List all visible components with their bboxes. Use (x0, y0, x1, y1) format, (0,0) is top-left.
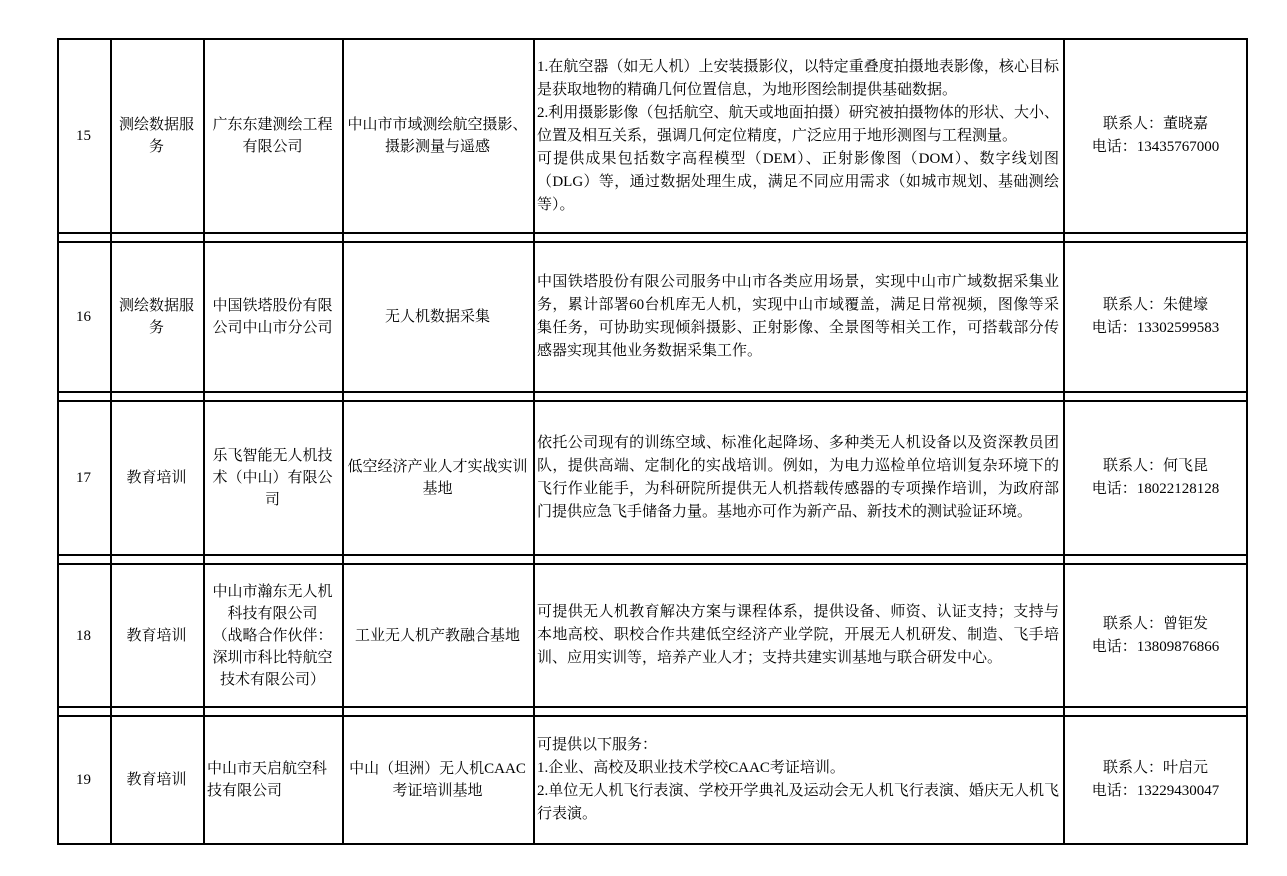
row-number: 18 (76, 625, 91, 647)
contact-person-line: 联系人：叶启元 (1103, 757, 1208, 780)
category-text: 教育培训 (126, 625, 186, 647)
company-name: 中山市天启航空科技有限公司 (207, 758, 335, 802)
contact-person-value: 朱健壕 (1163, 297, 1208, 313)
contact-phone-line: 电话：13229430047 (1092, 780, 1220, 803)
contact-person-value: 何飞昆 (1163, 458, 1208, 474)
description-paragraph: 可提供无人机教育解决方案与课程体系，提供设备、师资、认证支持；支持与本地高校、职… (537, 601, 1059, 670)
contact-phone-value: 18022128128 (1137, 481, 1220, 497)
table-border-right (1246, 38, 1248, 845)
services-table: 15 测绘数据服务 广东东建测绘工程有限公司 中山市市域测绘航空摄影、摄影测量与… (57, 38, 1248, 845)
column-divider (533, 38, 535, 845)
contact-phone-label: 电话： (1092, 481, 1137, 497)
cell-contact: 联系人：叶启元 电话：13229430047 (1063, 717, 1248, 843)
cell-category: 教育培训 (110, 717, 203, 843)
description-paragraph: 可提供以下服务： (537, 734, 1059, 757)
column-divider (203, 38, 205, 845)
table-row: 19 教育培训 中山市天启航空科技有限公司 中山（坦洲）无人机CAAC考证培训基… (57, 715, 1248, 845)
cell-contact: 联系人：何飞昆 电话：18022128128 (1063, 402, 1248, 554)
table-row: 18 教育培训 中山市瀚东无人机科技有限公司 （战略合作伙伴：深圳市科比特航空技… (57, 563, 1248, 708)
description-paragraph: 2.单位无人机飞行表演、学校开学典礼及运动会无人机飞行表演、婚庆无人机飞行表演。 (537, 780, 1059, 826)
category-text: 教育培训 (126, 467, 186, 489)
cell-description: 可提供以下服务： 1.企业、高校及职业技术学校CAAC考证培训。 2.单位无人机… (533, 717, 1063, 843)
description-paragraph: 2.利用摄影影像（包括航空、航天或地面拍摄）研究被拍摄物体的形状、大小、位置及相… (537, 102, 1059, 148)
cell-row-number: 15 (57, 40, 110, 232)
column-divider (110, 38, 112, 845)
column-divider (342, 38, 344, 845)
service-name: 无人机数据采集 (385, 306, 490, 328)
cell-category: 测绘数据服务 (110, 40, 203, 232)
cell-category: 教育培训 (110, 402, 203, 554)
contact-person-line: 联系人：何飞昆 (1103, 455, 1208, 478)
contact-person-label: 联系人： (1103, 297, 1163, 313)
company-name: 中国铁塔股份有限公司中山市分公司 (210, 295, 335, 339)
company-name: 广东东建测绘工程有限公司 (210, 114, 335, 158)
contact-person-value: 曾钜发 (1163, 616, 1208, 632)
contact-person-line: 联系人：董晓嘉 (1103, 113, 1208, 136)
contact-phone-value: 13435767000 (1137, 139, 1220, 155)
cell-contact: 联系人：董晓嘉 电话：13435767000 (1063, 40, 1248, 232)
contact-phone-line: 电话：18022128128 (1092, 478, 1220, 501)
cell-company: 中山市天启航空科技有限公司 (203, 717, 342, 843)
cell-service: 中山（坦洲）无人机CAAC考证培训基地 (342, 717, 533, 843)
cell-category: 测绘数据服务 (110, 243, 203, 391)
table-row: 16 测绘数据服务 中国铁塔股份有限公司中山市分公司 无人机数据采集 中国铁塔股… (57, 241, 1248, 393)
row-number: 17 (76, 467, 91, 489)
cell-service: 无人机数据采集 (342, 243, 533, 391)
company-name: 中山市瀚东无人机科技有限公司 （战略合作伙伴：深圳市科比特航空技术有限公司） (210, 581, 335, 691)
description-paragraph: 1.在航空器（如无人机）上安装摄影仪，以特定重叠度拍摄地表影像，核心目标是获取地… (537, 56, 1059, 102)
cell-company: 中山市瀚东无人机科技有限公司 （战略合作伙伴：深圳市科比特航空技术有限公司） (203, 565, 342, 706)
contact-person-value: 董晓嘉 (1163, 116, 1208, 132)
contact-phone-line: 电话：13809876866 (1092, 636, 1220, 659)
cell-row-number: 17 (57, 402, 110, 554)
service-name: 低空经济产业人才实战实训基地 (346, 456, 529, 500)
contact-phone-label: 电话： (1092, 783, 1137, 799)
cell-contact: 联系人：朱健壕 电话：13302599583 (1063, 243, 1248, 391)
description-paragraph: 1.企业、高校及职业技术学校CAAC考证培训。 (537, 757, 1059, 780)
cell-description: 中国铁塔股份有限公司服务中山市各类应用场景，实现中山市广域数据采集业务，累计部署… (533, 243, 1063, 391)
category-text: 教育培训 (126, 769, 186, 791)
table-border-left (57, 38, 59, 845)
cell-row-number: 19 (57, 717, 110, 843)
contact-person-label: 联系人： (1103, 116, 1163, 132)
cell-row-number: 18 (57, 565, 110, 706)
cell-contact: 联系人：曾钜发 电话：13809876866 (1063, 565, 1248, 706)
contact-person-line: 联系人：朱健壕 (1103, 294, 1208, 317)
cell-description: 依托公司现有的训练空域、标准化起降场、多种类无人机设备以及资深教员团队，提供高端… (533, 402, 1063, 554)
contact-person-label: 联系人： (1103, 616, 1163, 632)
cell-row-number: 16 (57, 243, 110, 391)
contact-person-label: 联系人： (1103, 760, 1163, 776)
category-text: 测绘数据服务 (115, 114, 198, 158)
service-name: 中山市市域测绘航空摄影、摄影测量与遥感 (346, 114, 529, 158)
contact-phone-value: 13229430047 (1137, 783, 1220, 799)
cell-category: 教育培训 (110, 565, 203, 706)
cell-description: 1.在航空器（如无人机）上安装摄影仪，以特定重叠度拍摄地表影像，核心目标是获取地… (533, 40, 1063, 232)
company-name: 乐飞智能无人机技术（中山）有限公司 (210, 445, 335, 511)
contact-phone-value: 13302599583 (1137, 320, 1220, 336)
contact-person-line: 联系人：曾钜发 (1103, 613, 1208, 636)
contact-phone-line: 电话：13435767000 (1092, 136, 1220, 159)
description-paragraph: 可提供成果包括数字高程模型（DEM）、正射影像图（DOM）、数字线划图（DLG）… (537, 148, 1059, 217)
service-name: 中山（坦洲）无人机CAAC考证培训基地 (346, 758, 529, 802)
service-name: 工业无人机产教融合基地 (355, 625, 520, 647)
cell-service: 低空经济产业人才实战实训基地 (342, 402, 533, 554)
table-row: 15 测绘数据服务 广东东建测绘工程有限公司 中山市市域测绘航空摄影、摄影测量与… (57, 38, 1248, 234)
contact-phone-line: 电话：13302599583 (1092, 317, 1220, 340)
row-number: 15 (76, 125, 91, 147)
description-paragraph: 依托公司现有的训练空域、标准化起降场、多种类无人机设备以及资深教员团队，提供高端… (537, 432, 1059, 524)
cell-service: 工业无人机产教融合基地 (342, 565, 533, 706)
row-number: 16 (76, 306, 91, 328)
contact-phone-label: 电话： (1092, 139, 1137, 155)
cell-company: 广东东建测绘工程有限公司 (203, 40, 342, 232)
description-paragraph: 中国铁塔股份有限公司服务中山市各类应用场景，实现中山市广域数据采集业务，累计部署… (537, 271, 1059, 363)
contact-phone-value: 13809876866 (1137, 639, 1220, 655)
table-row: 17 教育培训 乐飞智能无人机技术（中山）有限公司 低空经济产业人才实战实训基地… (57, 400, 1248, 556)
contact-person-label: 联系人： (1103, 458, 1163, 474)
contact-phone-label: 电话： (1092, 320, 1137, 336)
cell-company: 乐飞智能无人机技术（中山）有限公司 (203, 402, 342, 554)
cell-company: 中国铁塔股份有限公司中山市分公司 (203, 243, 342, 391)
column-divider (1063, 38, 1065, 845)
cell-description: 可提供无人机教育解决方案与课程体系，提供设备、师资、认证支持；支持与本地高校、职… (533, 565, 1063, 706)
contact-phone-label: 电话： (1092, 639, 1137, 655)
category-text: 测绘数据服务 (115, 295, 198, 339)
cell-service: 中山市市域测绘航空摄影、摄影测量与遥感 (342, 40, 533, 232)
contact-person-value: 叶启元 (1163, 760, 1208, 776)
row-number: 19 (76, 769, 91, 791)
